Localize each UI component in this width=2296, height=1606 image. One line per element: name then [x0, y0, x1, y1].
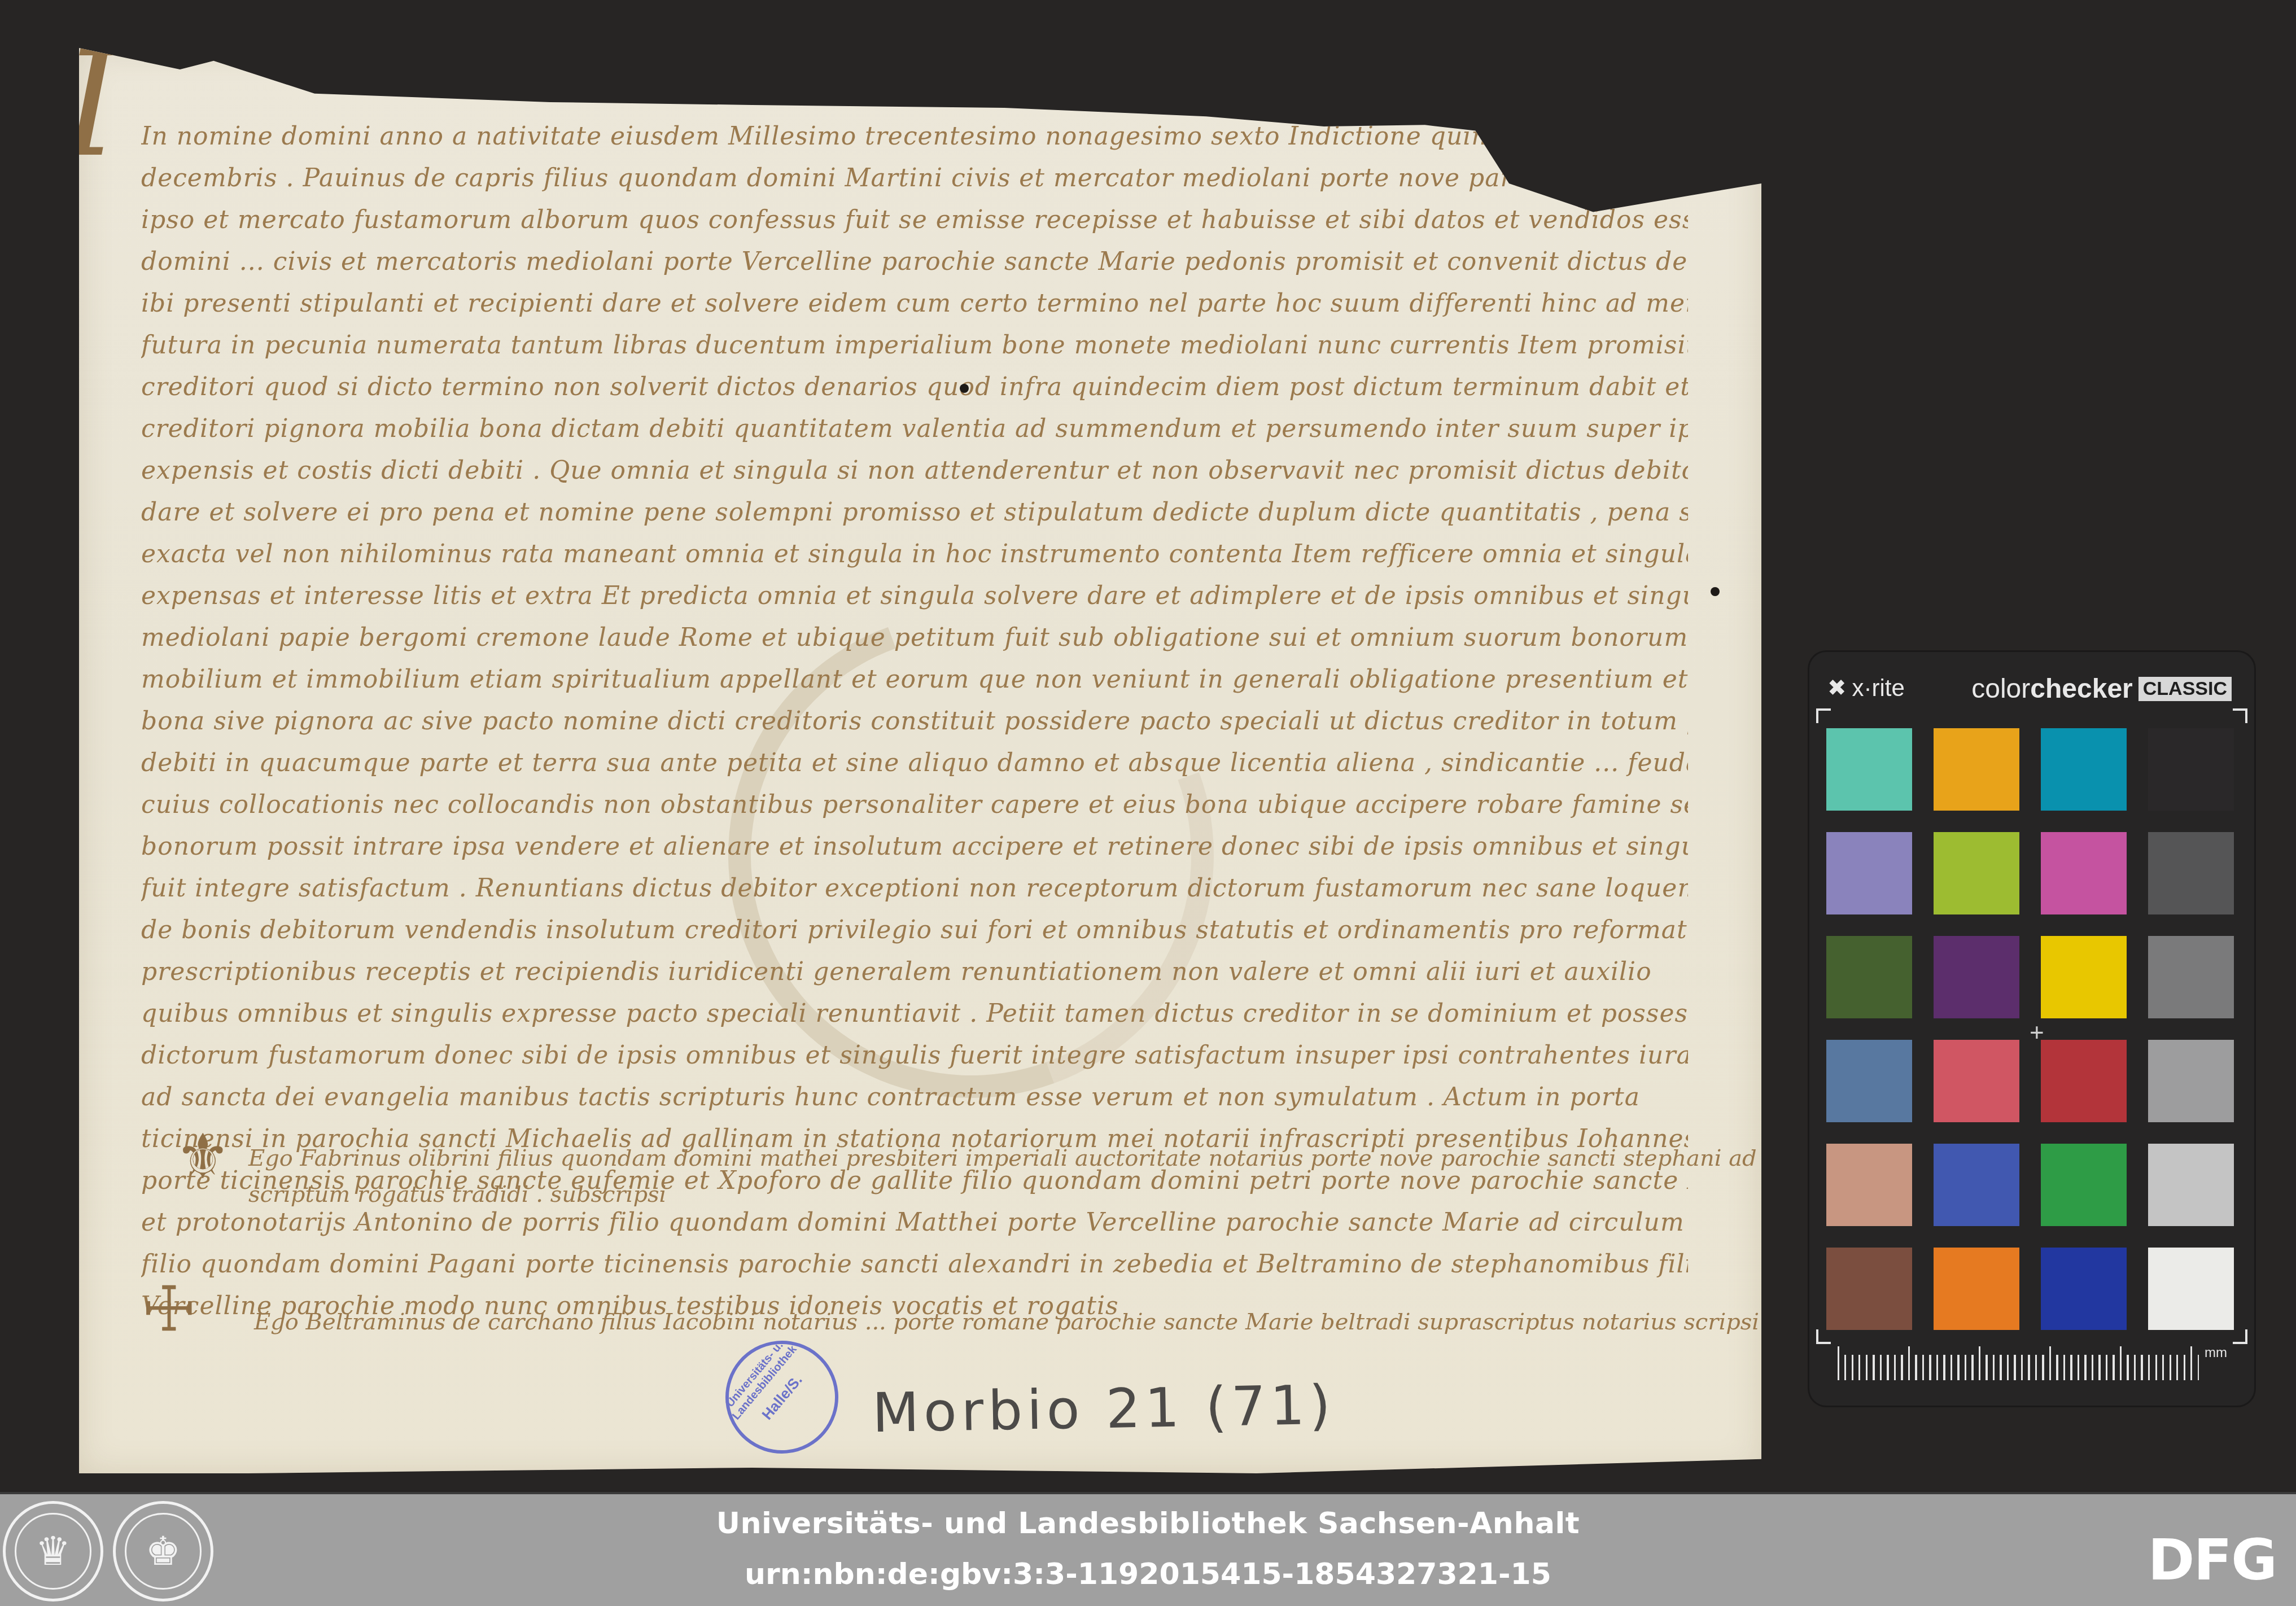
- text-line: fuit integre satisfactum . Renuntians di…: [141, 868, 1688, 909]
- ruler-unit-label: mm: [2205, 1345, 2227, 1361]
- library-footer-bar: ♛ ♚ Universitäts- und Landesbibliothek S…: [0, 1492, 2296, 1606]
- color-swatch: [2148, 1144, 2234, 1226]
- text-line: expensas et interesse litis et extra Et …: [141, 575, 1688, 617]
- classic-badge: CLASSIC: [2138, 677, 2232, 701]
- text-line: prescriptionibus receptis et recipiendis…: [141, 951, 1688, 993]
- text-line: mediolani papie bergomi cremone laude Ro…: [141, 617, 1688, 659]
- color-swatch: [1826, 1144, 1912, 1226]
- color-swatch: [1826, 1040, 1912, 1122]
- text-line: creditori quod si dicto termino non solv…: [141, 366, 1688, 408]
- color-swatch: [2148, 936, 2234, 1018]
- color-swatch: [2148, 728, 2234, 811]
- color-swatch: [2148, 832, 2234, 914]
- text-line: ibi presenti stipulanti et recipienti da…: [141, 283, 1688, 325]
- institution-name: Universitäts- und Landesbibliothek Sachs…: [0, 1507, 2296, 1541]
- text-line: domini ... civis et mercatoris mediolani…: [141, 241, 1688, 283]
- text-line: bona sive pignora ac sive pacto nomine d…: [141, 701, 1688, 742]
- color-swatch: [1826, 1248, 1912, 1330]
- text-line: de bonis debitorum vendendis insolutum c…: [141, 909, 1688, 951]
- mm-ruler-major-ticks: [1838, 1346, 2199, 1380]
- notary-signum-icon: ⚜: [175, 1121, 231, 1193]
- xrite-logo: ✖ x·rite: [1827, 675, 1905, 702]
- text-line: quibus omnibus et singulis expresse pact…: [141, 993, 1688, 1035]
- corner-mark: [1816, 1329, 1831, 1344]
- text-line: bonorum possit intrare ipsa vendere et a…: [141, 826, 1688, 868]
- color-swatch: [2041, 1248, 2127, 1330]
- parchment-charter: I In nomine domini anno a nativitate eiu…: [79, 48, 1761, 1473]
- text-line: ad sancta dei evangelia manibus tactis s…: [141, 1076, 1688, 1118]
- color-swatch: [2041, 1040, 2127, 1122]
- dfg-logo: DFG: [2148, 1527, 2276, 1593]
- color-swatch: [1826, 936, 1912, 1018]
- color-swatch: [1826, 728, 1912, 811]
- color-swatch: [1934, 832, 2019, 914]
- ink-spot: [960, 384, 969, 393]
- xrite-icon: ✖: [1827, 675, 1847, 701]
- color-checker-card: ✖ x·rite colorchecker CLASSIC + mm: [1809, 652, 2254, 1406]
- color-swatch: [1934, 1040, 2019, 1122]
- text-line: dare et solvere ei pro pena et nomine pe…: [141, 492, 1688, 533]
- text-line: futura in pecunia numerata tantum libras…: [141, 325, 1688, 366]
- color-swatch: [2148, 1040, 2234, 1122]
- text-line: cuius collocationis nec collocandis non …: [141, 784, 1688, 826]
- color-swatch: [1826, 832, 1912, 914]
- color-swatch: [2148, 1248, 2234, 1330]
- shelfmark-pencil-note: Morbio 21 (71): [872, 1373, 1335, 1445]
- color-swatch: [2041, 936, 2127, 1018]
- text-line: dictorum fustamorum donec sibi de ipsis …: [141, 1035, 1688, 1076]
- text-line: exacta vel non nihilominus rata maneant …: [141, 533, 1688, 575]
- text-line: mobilium et immobilium etiam spiritualiu…: [141, 659, 1688, 701]
- ink-spot: [1711, 587, 1720, 596]
- color-swatch: [2041, 728, 2127, 811]
- color-swatch: [1934, 1144, 2019, 1226]
- crosshair-icon: +: [2030, 1019, 2044, 1047]
- colorchecker-title: colorchecker CLASSIC: [1971, 673, 2232, 704]
- text-line: debiti in quacumque parte et terra sua a…: [141, 742, 1688, 784]
- text-line: filio quondam domini Pagani porte ticine…: [141, 1244, 1688, 1285]
- urn-identifier: urn:nbn:de:gbv:3:3-1192015415-1854327321…: [0, 1557, 2296, 1591]
- corner-mark: [2233, 1329, 2247, 1344]
- color-swatch: [2041, 1144, 2127, 1226]
- notary-subscription-2: Ego Beltraminus de carchano filius Iacob…: [254, 1304, 1759, 1340]
- text-line: creditori pignora mobilia bona dictam de…: [141, 408, 1688, 450]
- color-swatch: [1934, 936, 2019, 1018]
- text-line: expensis et costis dicti debiti . Que om…: [141, 450, 1688, 492]
- text-line: decembris . Pauinus de capris filius quo…: [141, 157, 1688, 199]
- notary-signum-icon: ☩: [141, 1273, 197, 1345]
- notary-subscription-1: Ego Fabrinus olibrini filius quondam dom…: [248, 1140, 1757, 1213]
- corner-mark: [1816, 708, 1831, 723]
- color-swatch: [1934, 1248, 2019, 1330]
- color-swatch: [2041, 832, 2127, 914]
- text-line: ipso et mercato fustamorum alborum quos …: [141, 199, 1688, 241]
- color-swatch: [1934, 728, 2019, 811]
- corner-mark: [2233, 708, 2247, 723]
